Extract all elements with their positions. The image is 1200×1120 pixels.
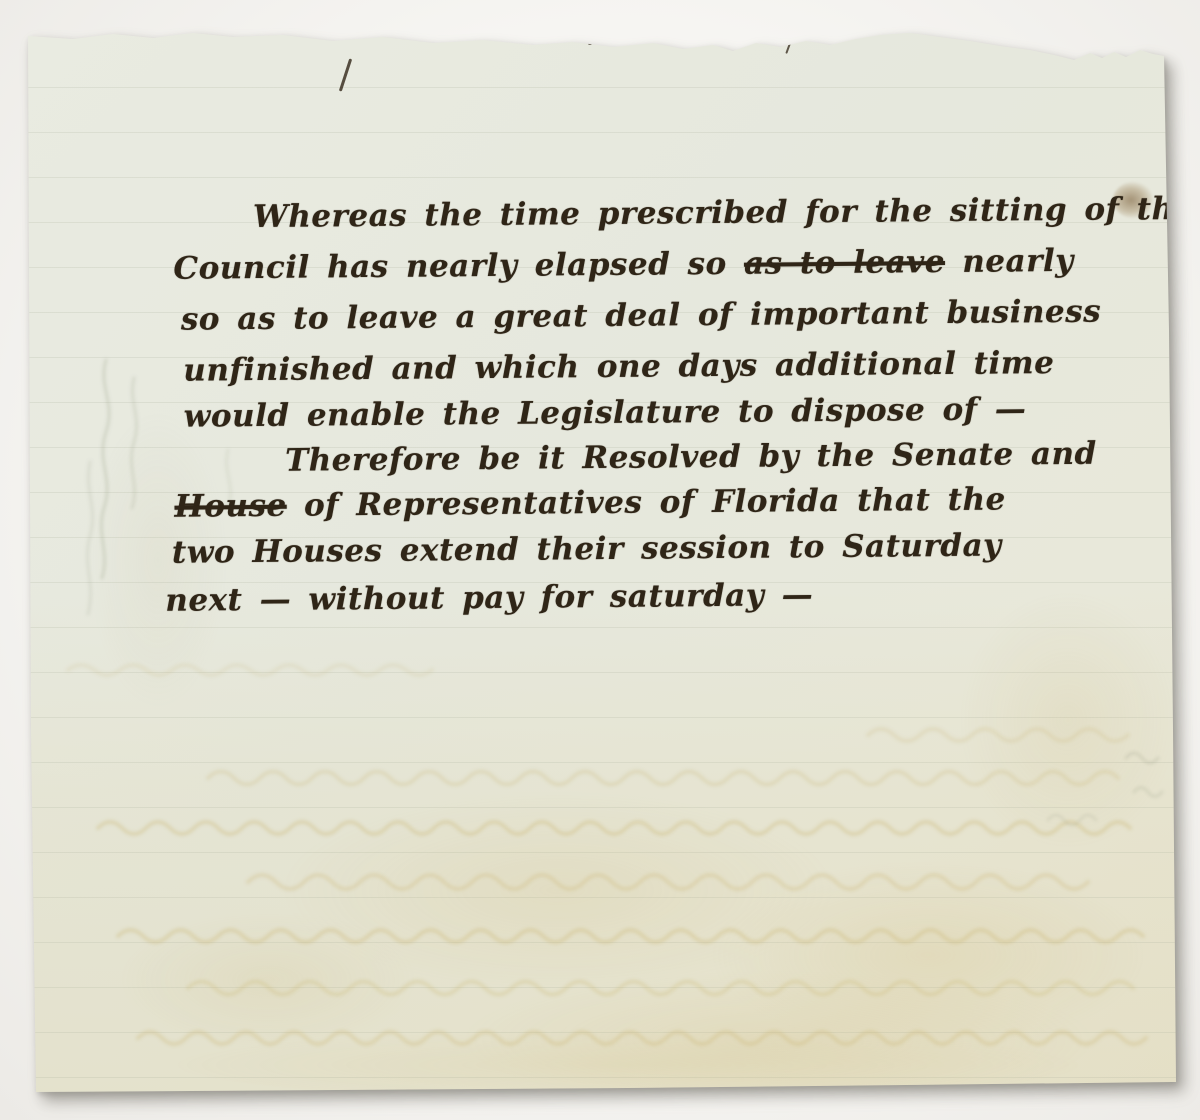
- text-segment: so as to leave a great deal of important…: [181, 294, 1102, 338]
- text-segment: unfinished and which one days additional…: [183, 345, 1054, 389]
- scan-background: { "scan": { "background_color": "#f3f2ef…: [0, 0, 1200, 1120]
- text-segment: Council has nearly elapsed so: [173, 246, 744, 287]
- handwritten-line: House of Representatives of Florida that…: [174, 481, 1006, 524]
- text-segment: would enable the Legislature to dispose …: [184, 391, 1027, 434]
- text-segment: Whereas the time prescribed for the sitt…: [253, 191, 1195, 235]
- handwritten-text: Whereas the time prescribed for the sitt…: [23, 25, 1180, 1097]
- text-segment: next — without pay for saturday —: [165, 577, 813, 619]
- handwritten-line: unfinished and which one days additional…: [183, 345, 1054, 389]
- text-segment: two Houses extend their session to Satur…: [172, 528, 1002, 571]
- manuscript-page-wrap: Whereas the time prescribed for the sitt…: [28, 30, 1176, 1092]
- handwritten-line: two Houses extend their session to Satur…: [172, 528, 1002, 571]
- handwritten-line: so as to leave a great deal of important…: [181, 294, 1102, 338]
- struck-text-segment: as to leave: [744, 244, 945, 282]
- manuscript-page: Whereas the time prescribed for the sitt…: [28, 30, 1176, 1092]
- handwritten-line: next — without pay for saturday —: [165, 577, 813, 619]
- text-segment: of Representatives of Florida that the: [287, 481, 1006, 523]
- text-segment: Therefore be it Resolved by the Senate a…: [285, 436, 1097, 479]
- text-segment: nearly: [945, 243, 1074, 280]
- torn-edge-speck: [695, 40, 700, 43]
- torn-edge-speck: [680, 43, 684, 46]
- handwritten-line: Therefore be it Resolved by the Senate a…: [285, 436, 1097, 479]
- torn-edge-speck: [737, 41, 743, 45]
- handwritten-line: Council has nearly elapsed so as to leav…: [173, 243, 1074, 287]
- handwritten-line: would enable the Legislature to dispose …: [184, 391, 1027, 434]
- torn-edge-speck: [710, 42, 714, 45]
- struck-text-segment: House: [174, 488, 286, 525]
- handwritten-line: Whereas the time prescribed for the sitt…: [253, 191, 1195, 235]
